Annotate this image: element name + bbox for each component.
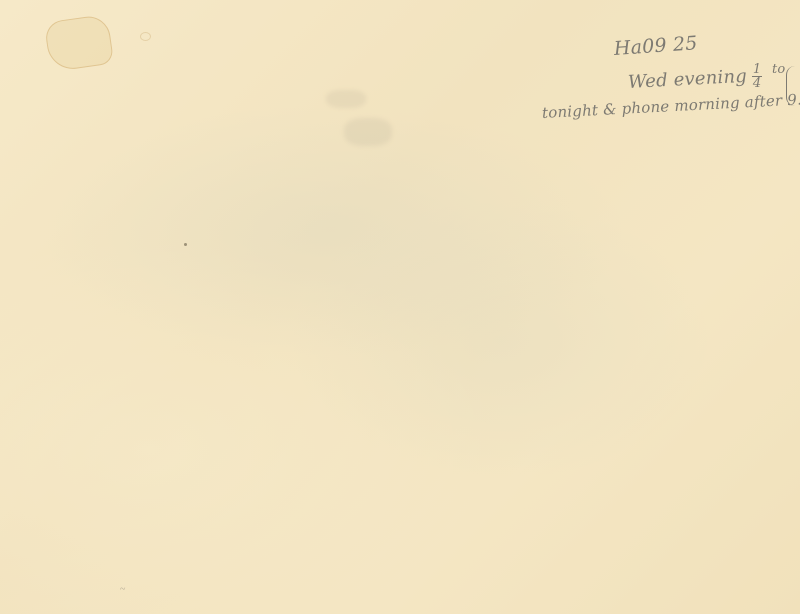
bleed-through-mark xyxy=(326,90,366,108)
handwritten-fraction: 1 4 xyxy=(752,64,762,89)
bleed-through-mark xyxy=(344,118,392,146)
fraction-numerator: 1 xyxy=(753,62,761,77)
water-stain xyxy=(44,14,114,72)
fraction-denominator: 4 xyxy=(753,76,761,91)
stain-dot xyxy=(140,32,151,41)
stray-pencil-mark: ~ xyxy=(120,584,125,595)
handwritten-note-line: tonight & phone morning after 9.30 xyxy=(542,89,800,122)
paper-sheet: Ha09 25 Wed evening 1 4 to tonight & pho… xyxy=(0,0,800,614)
ink-speck xyxy=(184,243,187,246)
handwritten-day-line: Wed evening xyxy=(627,66,747,93)
handwritten-superscript: to xyxy=(772,62,785,77)
handwritten-reference-number: Ha09 25 xyxy=(613,32,698,60)
